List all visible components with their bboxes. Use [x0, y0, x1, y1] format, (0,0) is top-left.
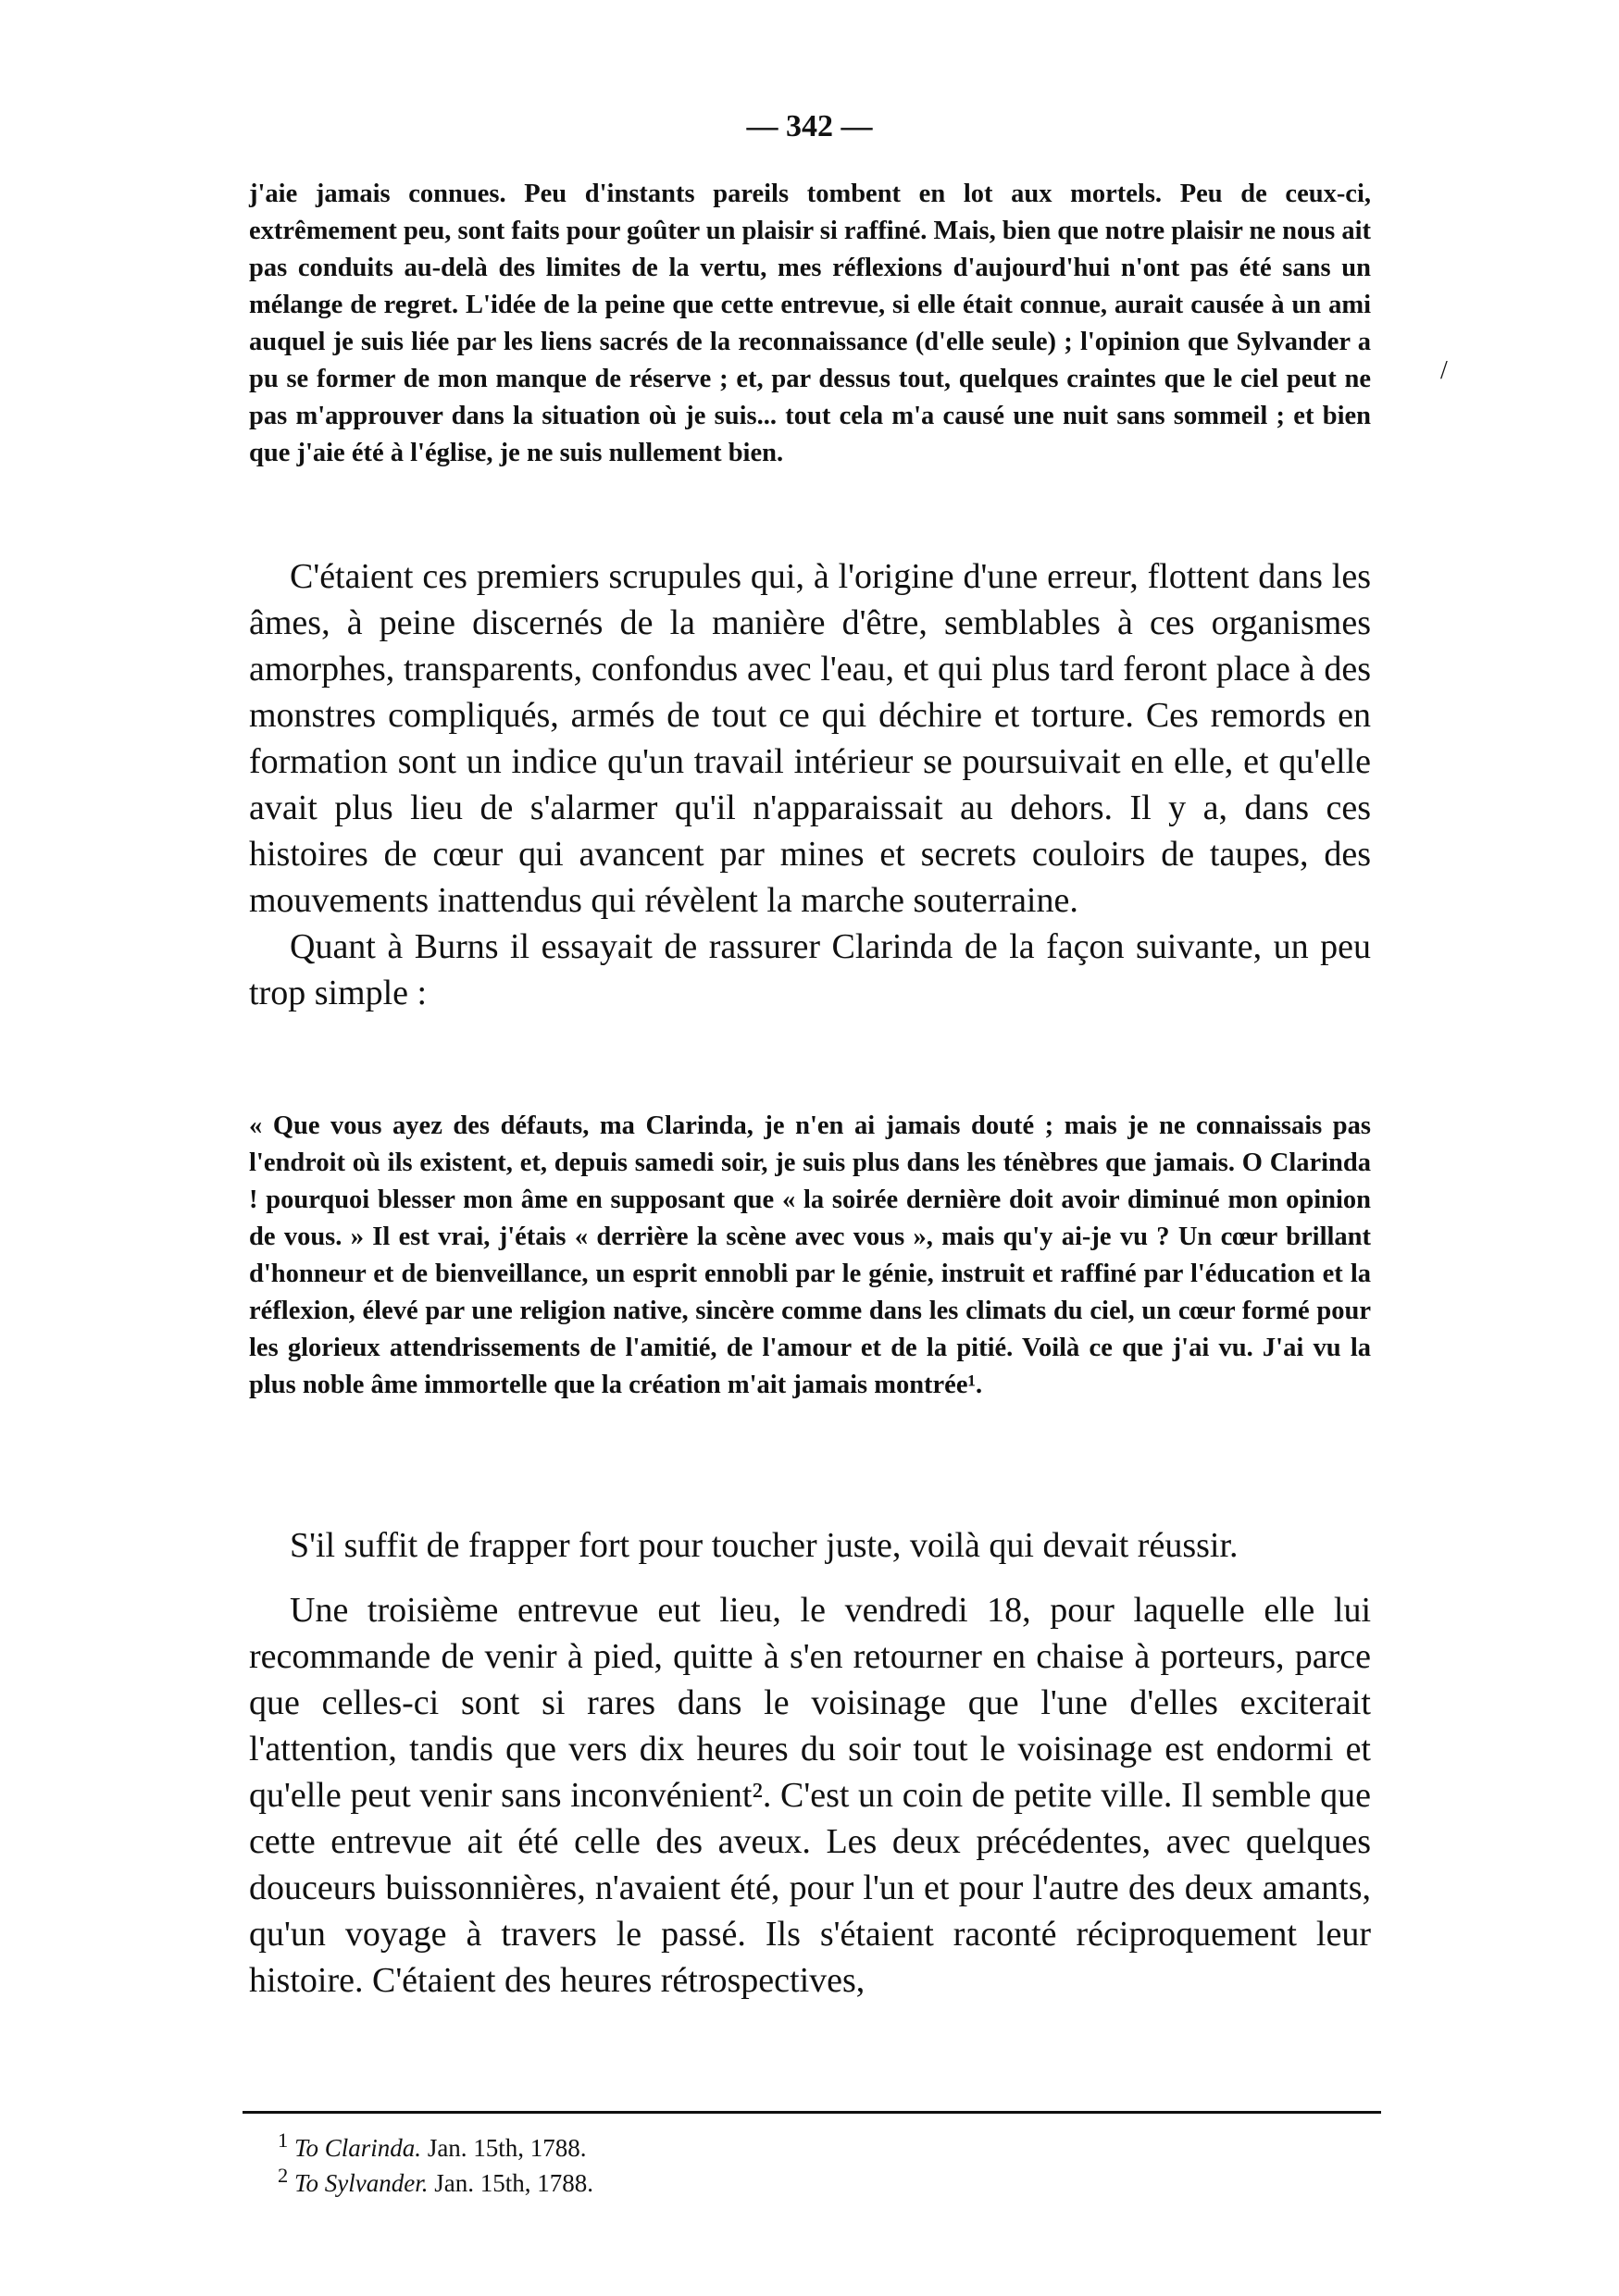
quote-text: « Que vous ayez des défauts, ma Clarinda… [249, 1108, 1371, 1404]
footnote-title: To Clarinda. [294, 2134, 421, 2162]
margin-mark: / [1440, 356, 1448, 386]
paragraph: C'étaient ces premiers scrupules qui, à … [249, 553, 1371, 924]
quote-text: j'aie jamais connues. Peu d'instants par… [249, 176, 1371, 472]
footnote-date: Jan. 15th, 1788. [428, 2134, 587, 2162]
footnote-number: 1 [278, 2128, 288, 2152]
paragraph: Quant à Burns il essayait de rassurer Cl… [249, 924, 1371, 1016]
paragraph: Une troisième entrevue eut lieu, le vend… [249, 1587, 1371, 2004]
body-text-2: S'il suffit de frapper fort pour toucher… [249, 1522, 1371, 2004]
page-number: — 342 — [0, 109, 1619, 144]
quoted-letter-2: « Que vous ayez des défauts, ma Clarinda… [249, 1108, 1371, 1404]
footnote-divider [243, 2111, 1381, 2114]
footnote-date: Jan. 15th, 1788. [434, 2169, 593, 2197]
footnote-1: 1 To Clarinda. Jan. 15th, 1788. [278, 2128, 587, 2163]
footnote-number: 2 [278, 2164, 288, 2187]
paragraph: S'il suffit de frapper fort pour toucher… [249, 1522, 1371, 1569]
footnote-2: 2 To Sylvander. Jan. 15th, 1788. [278, 2164, 593, 2198]
footnote-title: To Sylvander. [294, 2169, 429, 2197]
body-text: C'étaient ces premiers scrupules qui, à … [249, 553, 1371, 1016]
quoted-letter-1: j'aie jamais connues. Peu d'instants par… [249, 176, 1371, 472]
